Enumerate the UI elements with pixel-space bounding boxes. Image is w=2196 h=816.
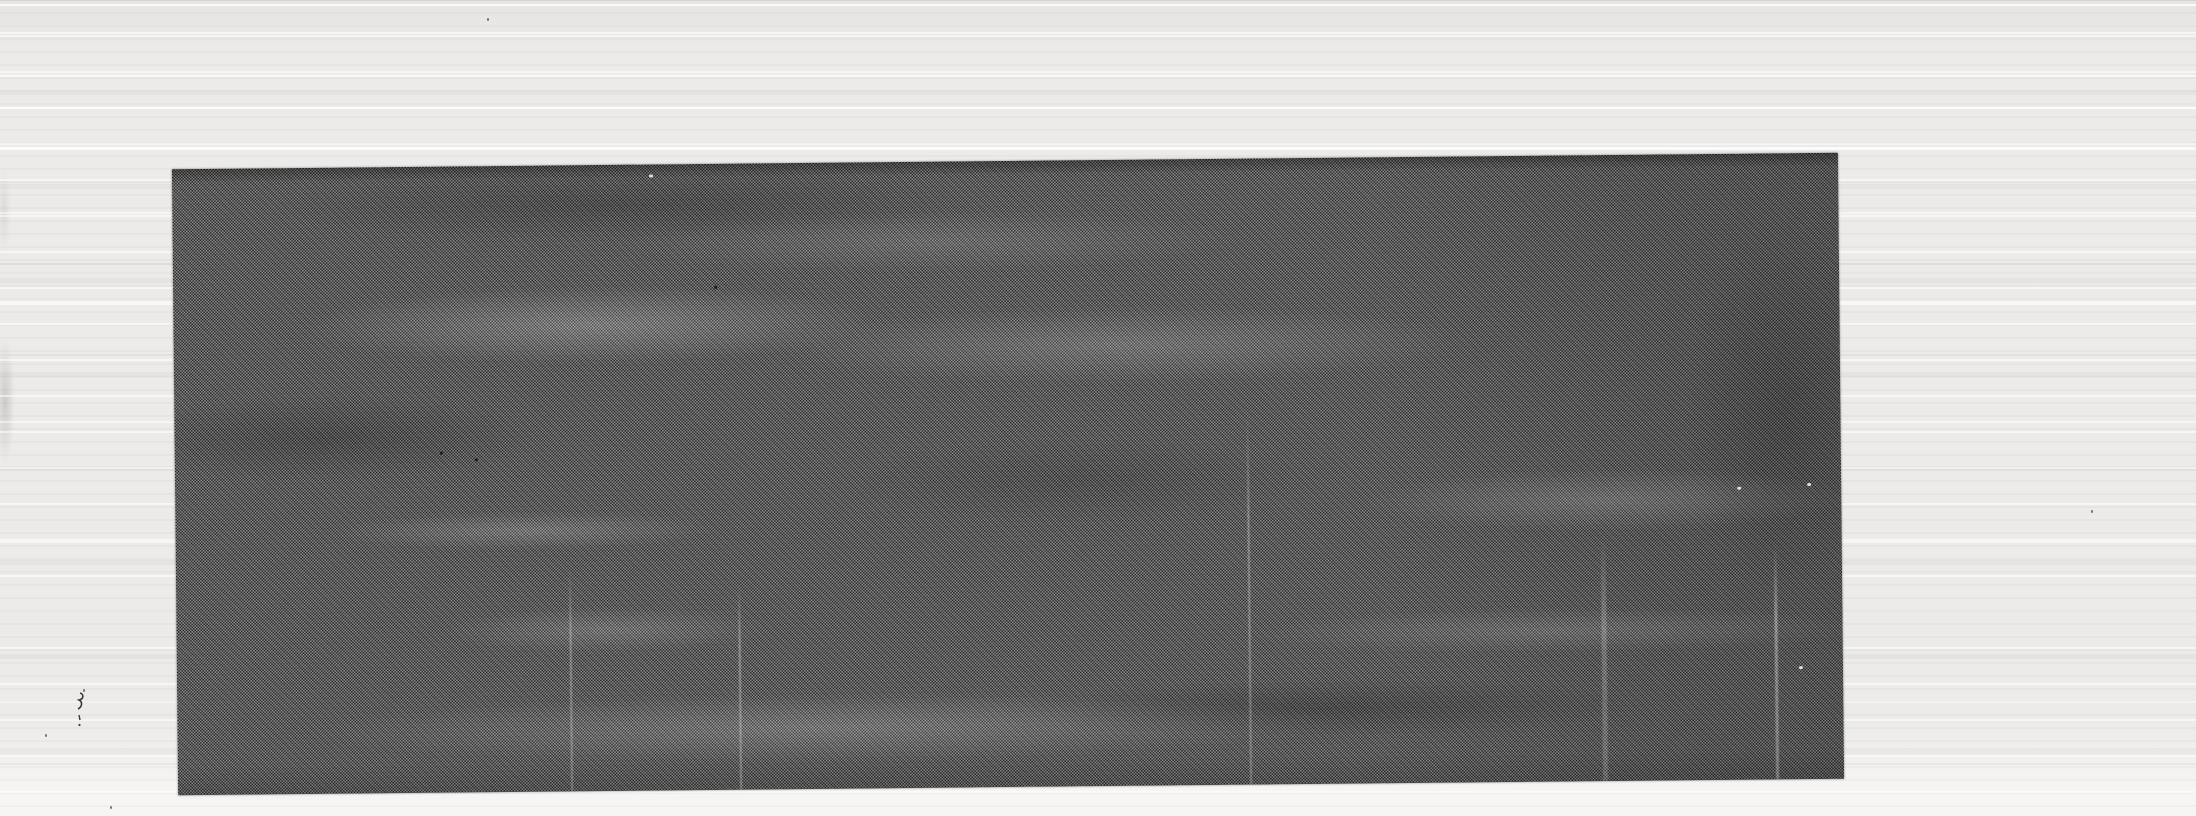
halftone-photo bbox=[172, 153, 1844, 796]
scan-streak bbox=[0, 147, 2196, 150]
scan-streak bbox=[0, 4, 2196, 6]
scan-streak bbox=[0, 32, 2196, 34]
dust-speck bbox=[2091, 510, 2093, 513]
white-speck bbox=[1807, 483, 1811, 486]
dust-speck bbox=[487, 18, 489, 21]
dark-speck bbox=[714, 286, 717, 289]
scanned-page bbox=[0, 0, 2196, 816]
dark-speck bbox=[475, 458, 478, 461]
white-speck bbox=[1799, 666, 1803, 669]
ink-mark bbox=[72, 691, 88, 733]
white-speck bbox=[649, 175, 653, 178]
dark-speck bbox=[440, 452, 443, 455]
white-speck bbox=[1737, 487, 1741, 490]
tone-clouds bbox=[172, 153, 1844, 796]
scan-streak bbox=[0, 75, 2196, 77]
scan-streak bbox=[0, 107, 2196, 109]
dust-speck bbox=[110, 806, 112, 809]
dust-speck bbox=[45, 734, 47, 737]
